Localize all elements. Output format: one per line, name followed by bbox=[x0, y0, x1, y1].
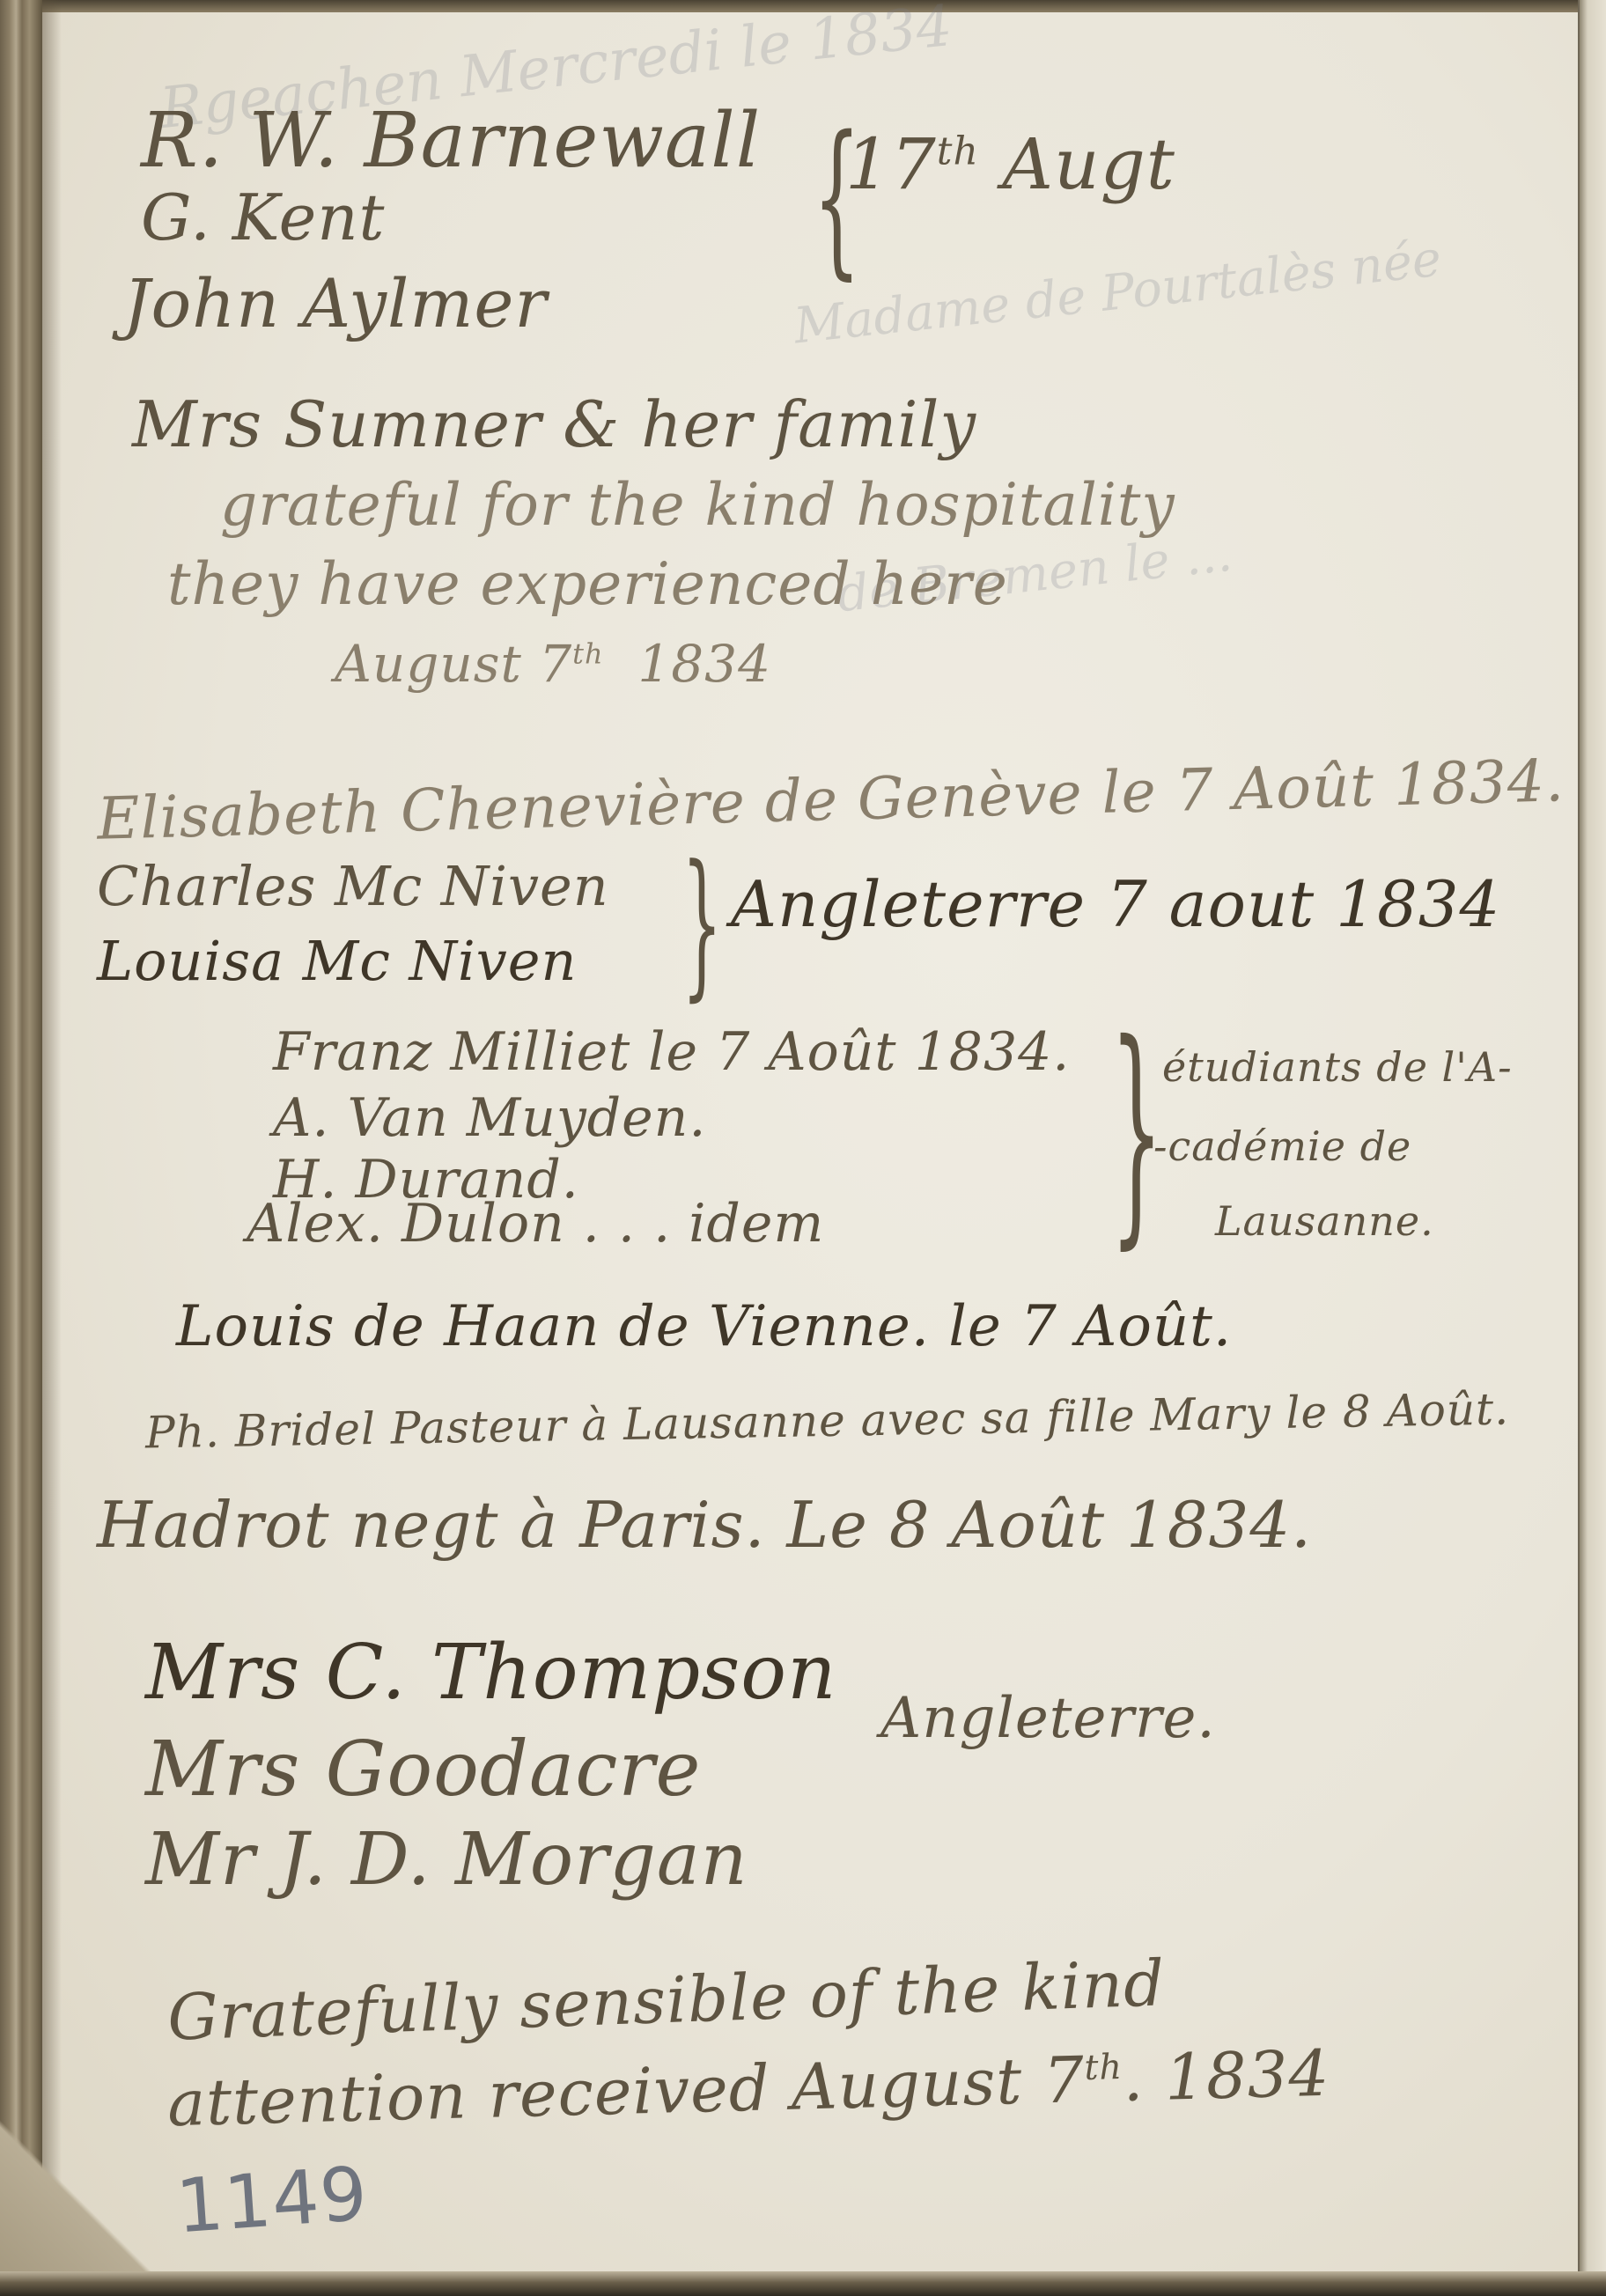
book-binding bbox=[0, 0, 42, 2296]
entry-line: they have experienced here bbox=[167, 550, 1008, 618]
signature-line: Alex. Dulon . . . idem bbox=[247, 1193, 824, 1255]
signature-line: A. Van Muyden. bbox=[273, 1087, 706, 1149]
signature-line: R. W. Barnewall bbox=[141, 97, 761, 185]
entry-bridel: Ph. Bridel Pasteur à Lausanne avec sa fi… bbox=[145, 1383, 1510, 1458]
entry-note: Lausanne. bbox=[1215, 1197, 1434, 1245]
entry-origin: Angleterre. bbox=[880, 1686, 1216, 1751]
entry-line: grateful for the kind hospitality bbox=[220, 471, 1175, 539]
signature-line: G. Kent bbox=[141, 180, 386, 254]
entry-date: 17th Augt bbox=[845, 123, 1175, 205]
signature-line: Mrs Goodacre bbox=[145, 1726, 701, 1814]
entry-hadrot: Hadrot negt à Paris. Le 8 Août 1834. bbox=[97, 1488, 1312, 1562]
entry-date: attention received August 7th. 1834 bbox=[166, 2036, 1330, 2141]
page-bottom-edge bbox=[0, 2271, 1606, 2296]
entry-origin: Angleterre 7 aout 1834 bbox=[731, 867, 1500, 941]
signature-line: Louisa Mc Niven bbox=[97, 929, 577, 993]
signature-line: Charles Mc Niven bbox=[97, 854, 609, 918]
signature-line: Mrs C. Thompson bbox=[145, 1629, 836, 1717]
page-number: 1149 bbox=[173, 2151, 371, 2250]
entry-note: -cadémie de bbox=[1153, 1122, 1411, 1170]
adjacent-page-edge bbox=[1578, 0, 1606, 2296]
signature-line: John Aylmer bbox=[123, 264, 548, 342]
entry-date: August 7th 1834 bbox=[335, 634, 771, 694]
entry-cheneviere: Elisabeth Chenevière de Genève le 7 Août… bbox=[96, 747, 1565, 853]
grouping-brace: } bbox=[681, 845, 722, 1004]
entry-note: étudiants de l'A- bbox=[1162, 1043, 1513, 1091]
entry-line: Gratefully sensible of the kind bbox=[166, 1946, 1167, 2055]
bleed-through-text: Madame de Pourtalès née bbox=[792, 231, 1444, 356]
worn-corner bbox=[0, 2120, 176, 2296]
manuscript-page: Rgeachen Mercredi le 1834 Madame de Pour… bbox=[0, 0, 1606, 2296]
entry-de-haan: Louis de Haan de Vienne. le 7 Août. bbox=[176, 1294, 1232, 1359]
entry-line: Mrs Sumner & her family bbox=[132, 387, 976, 461]
binding-shadow bbox=[42, 0, 62, 2296]
signature-line: Mr J. D. Morgan bbox=[145, 1818, 748, 1902]
signature-line: Franz Milliet le 7 Août 1834. bbox=[273, 1021, 1070, 1083]
